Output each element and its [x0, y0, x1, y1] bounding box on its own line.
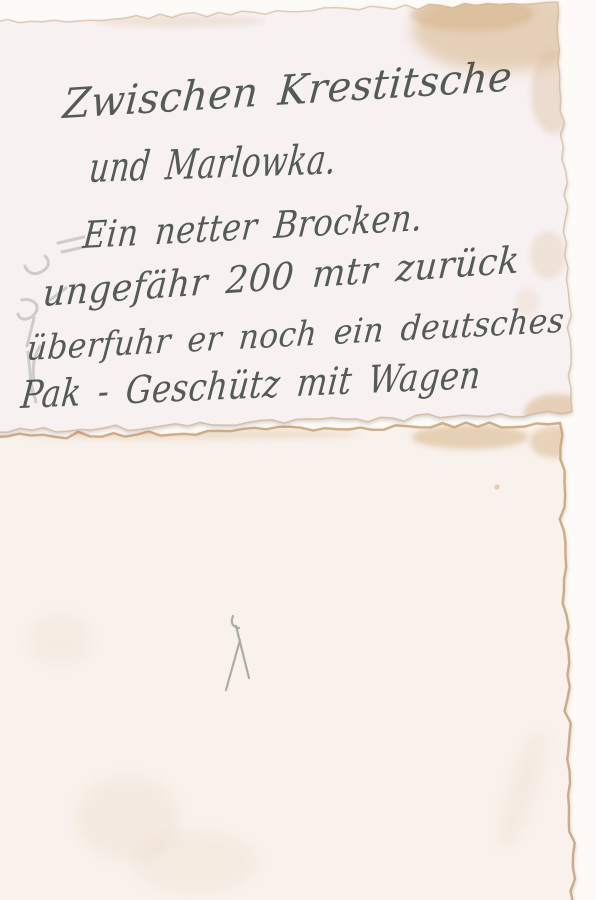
top-photo: Zwischen Krestitsche und Marlowka. Ein n…: [0, 0, 588, 434]
handwriting-line-2: und Marlowka.: [87, 135, 339, 192]
bottom-photo: [0, 423, 582, 900]
faint-smudge: [133, 832, 257, 892]
scan-canvas: Zwischen Krestitsche und Marlowka. Ein n…: [0, 0, 596, 900]
scanned-photo-verso: Zwischen Krestitsche und Marlowka. Ein n…: [0, 0, 596, 900]
fox-spot: [494, 484, 499, 489]
fox-spot: [530, 231, 566, 279]
edge-stain: [412, 425, 528, 449]
faint-smudge: [28, 614, 92, 666]
